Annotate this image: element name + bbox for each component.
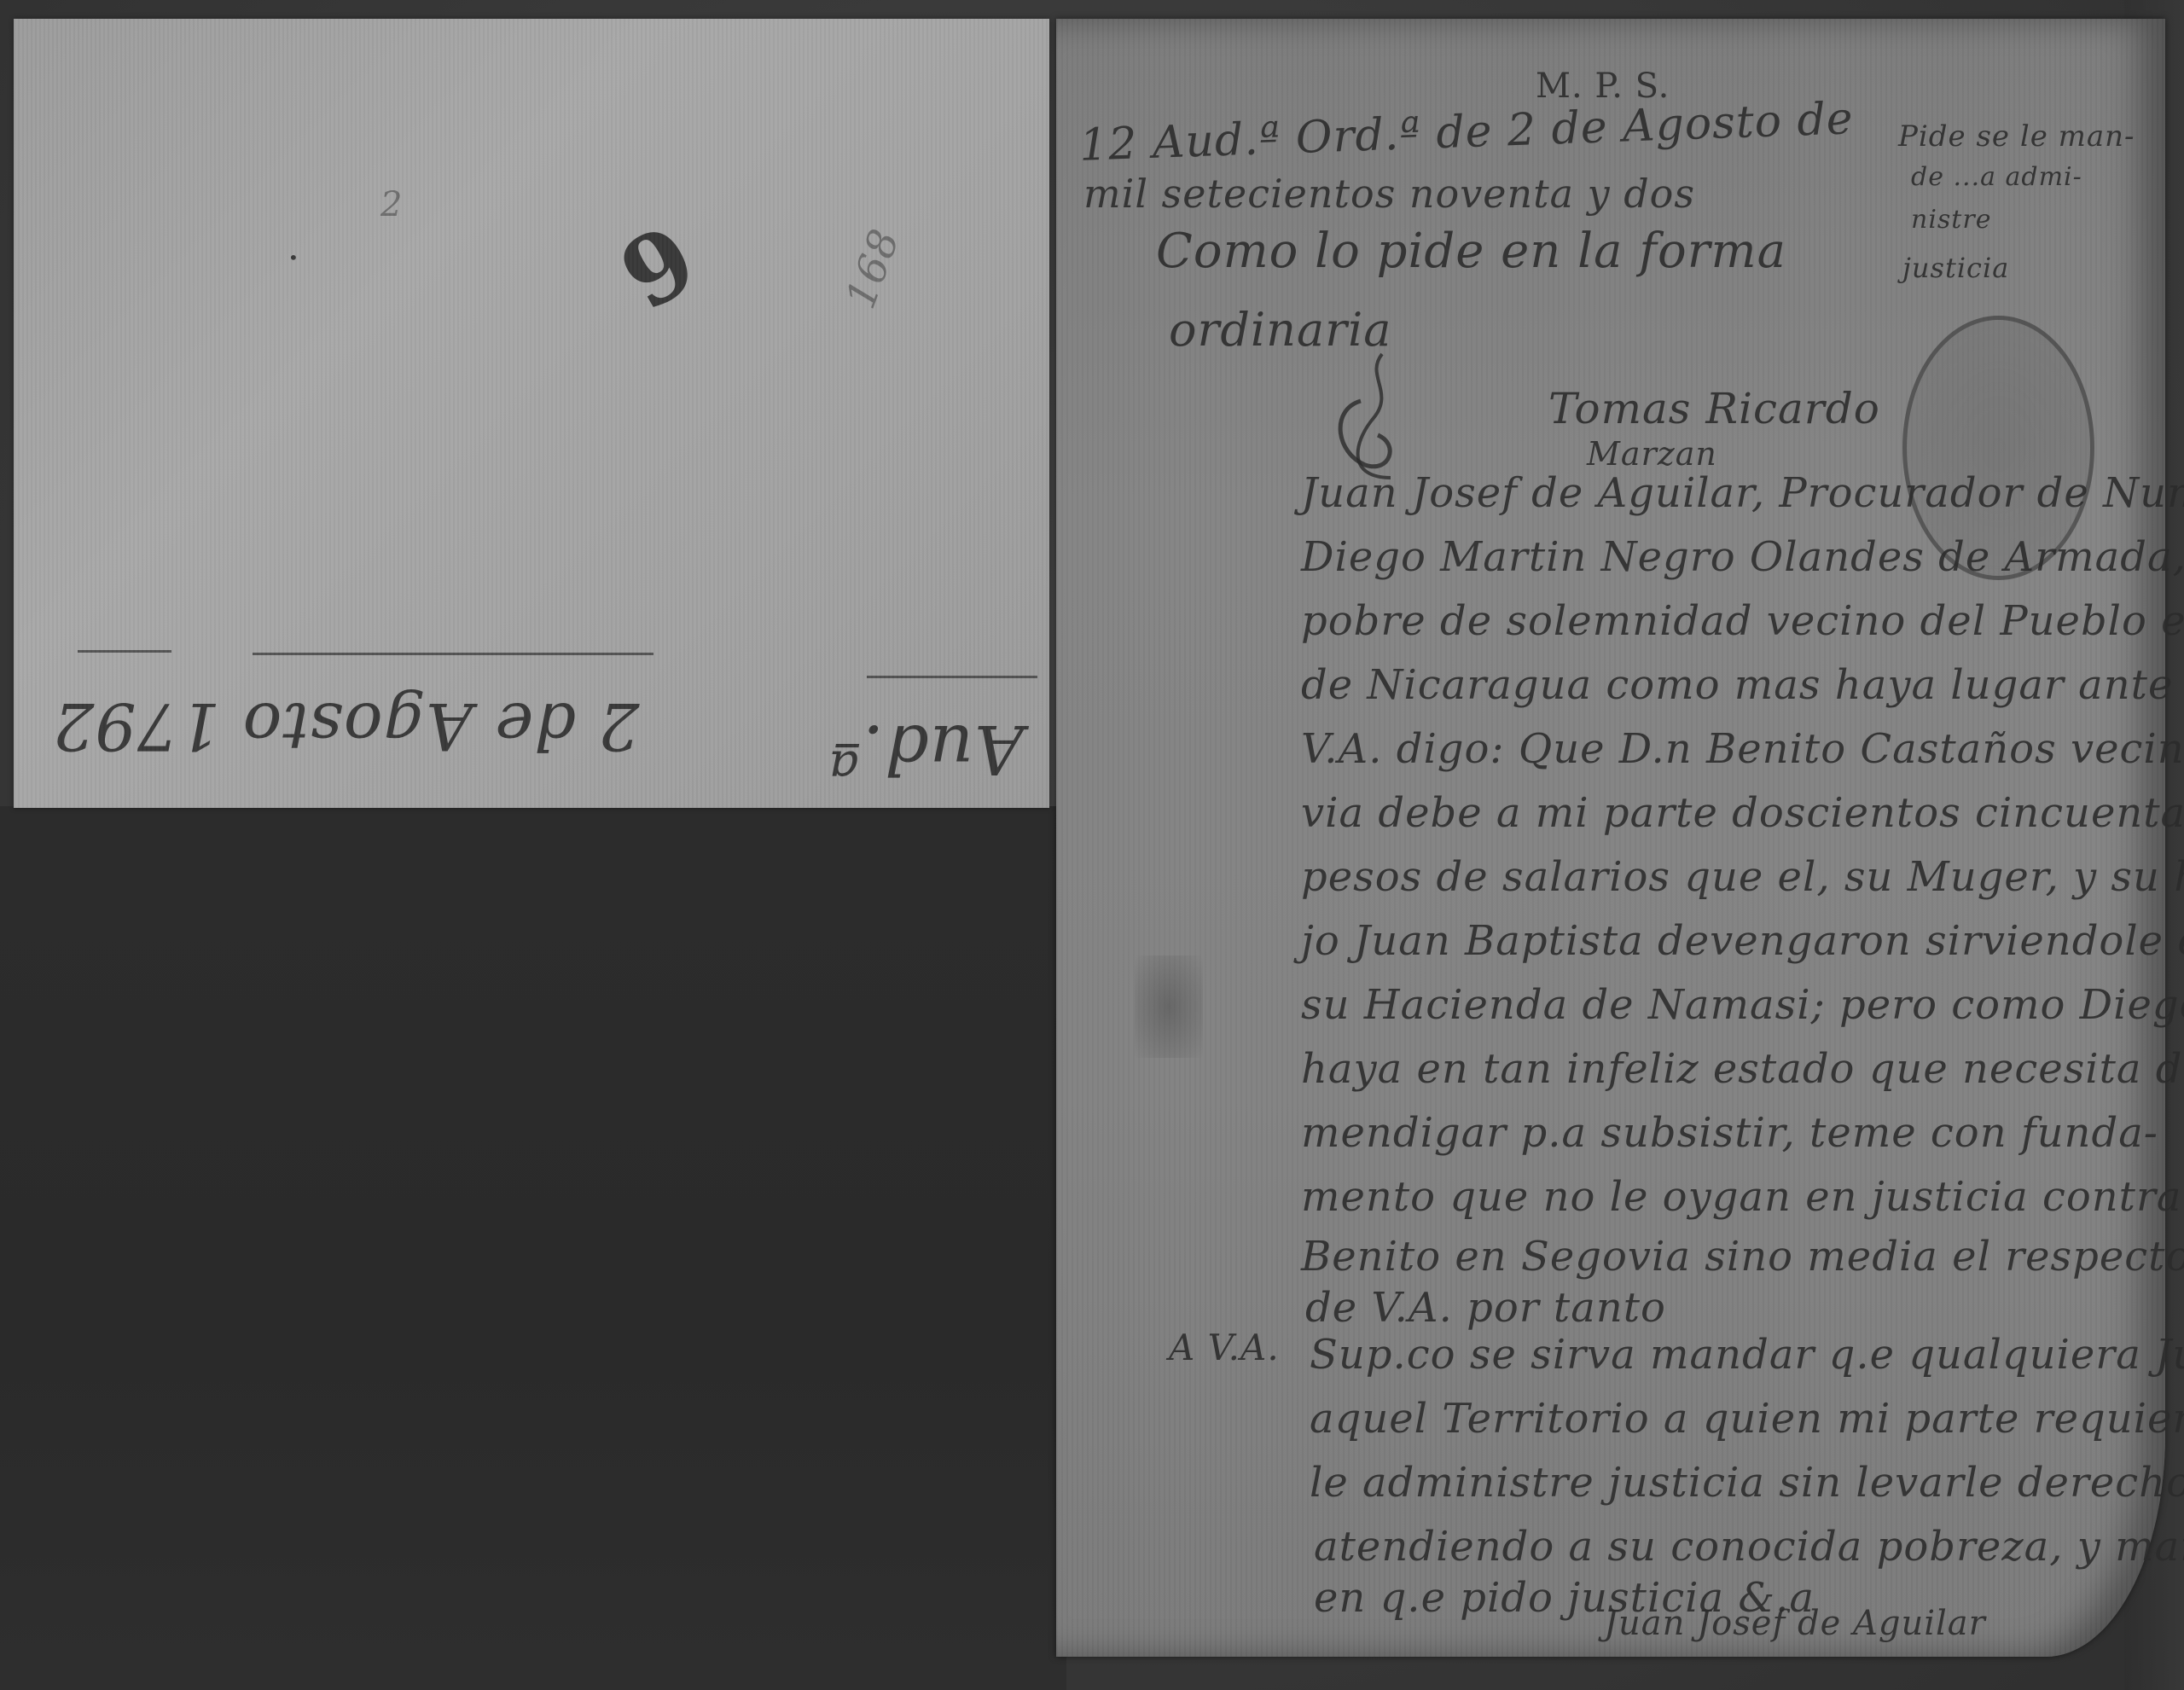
dark-backing-area xyxy=(0,806,1066,1690)
attorney-signature: Tomas Ricardo xyxy=(1548,384,1880,433)
body-line: V.A. digo: Que D.n Benito Castaños vecin… xyxy=(1301,725,2184,773)
margin-note-line: justicia xyxy=(1902,252,2009,284)
petition-line: Sup.co se sirva mandar q.e qualquiera Ju… xyxy=(1310,1331,2184,1379)
body-line: Juan Josef de Aguilar, Procurador de Num… xyxy=(1301,469,2184,517)
body-line: Diego Martin Negro Olandes de Armada, ve… xyxy=(1301,533,2184,581)
petition-label: A V.A. xyxy=(1169,1327,1280,1368)
signature-flourish-icon xyxy=(1314,350,1416,486)
body-line: jo Juan Baptista devengaron sirviendole … xyxy=(1301,917,2184,965)
folio-number: 6 xyxy=(601,201,713,329)
body-line: de V.A. por tanto xyxy=(1305,1284,1666,1332)
margin-note-line: nistre xyxy=(1911,205,1991,235)
decree-line: ordinaria xyxy=(1169,303,1391,357)
endorsement-date: 2 de Agosto 1792 xyxy=(52,688,639,764)
body-line: mendigar p.a subsistir, teme con funda- xyxy=(1301,1109,2158,1157)
attorney-signature: Marzan xyxy=(1587,435,1717,473)
ink-smudge xyxy=(1135,955,1203,1058)
body-line: haya en tan infeliz estado que necesita … xyxy=(1301,1045,2184,1093)
decree-line: mil setecientos noventa y dos xyxy=(1083,171,1695,217)
body-line: pobre de solemnidad vecino del Pueblo en… xyxy=(1301,597,2184,645)
body-line: su Hacienda de Namasi; pero como Diego s… xyxy=(1301,981,2184,1029)
body-line: mento que no le oygan en justicia contra… xyxy=(1301,1173,2184,1221)
small-mark: 2 xyxy=(380,185,403,224)
body-line: pesos de salarios que el, su Muger, y su… xyxy=(1301,853,2184,901)
left-folio: 2 • 6 168 2 de Agosto 1792 Aud.ª xyxy=(14,19,1049,808)
endorsement-label: Aud.ª xyxy=(828,710,1024,789)
petition-line: aquel Territorio a quien mi parte requie… xyxy=(1310,1395,2184,1443)
body-line: via debe a mi parte doscientos cincuenta xyxy=(1301,789,2184,837)
decree-line: Como lo pide en la forma xyxy=(1156,224,1786,279)
margin-note-line: Pide se le man- xyxy=(1898,119,2135,154)
petition-line: le administre justicia sin levarle derec… xyxy=(1310,1459,2184,1507)
margin-note-line: de ...a admi- xyxy=(1911,162,2082,192)
endorsement-rule-3 xyxy=(867,676,1037,678)
petition-line: atendiendo a su conocida pobreza, y mand… xyxy=(1314,1523,2184,1571)
petitioner-signature: Juan Josef de Aguilar xyxy=(1604,1604,1986,1643)
body-line: de Nicaragua como mas haya lugar ante xyxy=(1301,661,2173,709)
small-mark-numeral: 168 xyxy=(837,223,909,315)
body-line: Benito en Segovia sino media el respecto xyxy=(1301,1233,2184,1281)
endorsement-rule-1 xyxy=(78,650,171,653)
endorsement-rule-2 xyxy=(253,653,653,655)
ink-dot: • xyxy=(288,247,299,268)
